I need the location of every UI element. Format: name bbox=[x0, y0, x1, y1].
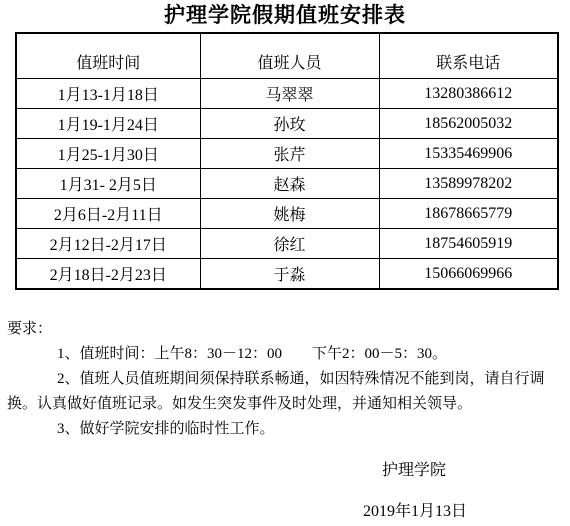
contact-phone-cell: 13589978202 bbox=[379, 169, 558, 199]
contact-phone-cell: 18678665779 bbox=[379, 199, 558, 229]
duty-time-cell: 1月13-1月18日 bbox=[16, 79, 200, 109]
requirements-list: 1、值班时间：上午8：30－12：00 下午2：00－5：30。2、值班人员值班… bbox=[7, 342, 563, 442]
duty-person-cell: 徐红 bbox=[200, 229, 379, 259]
column-header: 值班时间 bbox=[16, 33, 200, 79]
table-row: 1月19-1月24日孙玫18562005032 bbox=[16, 109, 558, 139]
duty-person-cell: 张芹 bbox=[200, 139, 379, 169]
contact-phone-cell: 13280386612 bbox=[379, 79, 558, 109]
table-row: 1月31- 2月5日赵森13589978202 bbox=[16, 169, 558, 199]
requirement-item: 2、值班人员值班期间须保持联系畅通，如因特殊情况不能到岗，请自行调换。认真做好值… bbox=[7, 367, 563, 417]
contact-phone-cell: 18562005032 bbox=[379, 109, 558, 139]
column-header: 值班人员 bbox=[200, 33, 379, 79]
duty-time-cell: 2月6日-2月11日 bbox=[16, 199, 200, 229]
duty-time-cell: 2月12日-2月17日 bbox=[16, 229, 200, 259]
duty-schedule-table: 值班时间值班人员联系电话 1月13-1月18日马翠翠132803866121月1… bbox=[15, 32, 559, 290]
contact-phone-cell: 18754605919 bbox=[379, 229, 558, 259]
requirements-section: 要求： 1、值班时间：上午8：30－12：00 下午2：00－5：30。2、值班… bbox=[7, 317, 563, 442]
contact-phone-cell: 15335469906 bbox=[379, 139, 558, 169]
page-title: 护理学院假期值班安排表 bbox=[0, 2, 570, 28]
table-row: 1月25-1月30日张芹15335469906 bbox=[16, 139, 558, 169]
column-header: 联系电话 bbox=[379, 33, 558, 79]
requirement-item: 1、值班时间：上午8：30－12：00 下午2：00－5：30。 bbox=[7, 342, 563, 367]
duty-person-cell: 孙玫 bbox=[200, 109, 379, 139]
table-row: 2月12日-2月17日徐红18754605919 bbox=[16, 229, 558, 259]
requirements-heading: 要求： bbox=[7, 317, 563, 342]
signature-organization: 护理学院 bbox=[382, 462, 570, 480]
duty-time-cell: 1月25-1月30日 bbox=[16, 139, 200, 169]
duty-table-body: 1月13-1月18日马翠翠132803866121月19-1月24日孙玫1856… bbox=[16, 79, 558, 290]
duty-person-cell: 马翠翠 bbox=[200, 79, 379, 109]
table-row: 2月18日-2月23日于淼15066069966 bbox=[16, 259, 558, 290]
signature-date: 2019年1月13日 bbox=[363, 503, 570, 521]
table-header-row: 值班时间值班人员联系电话 bbox=[16, 33, 558, 79]
duty-person-cell: 于淼 bbox=[200, 259, 379, 290]
duty-time-cell: 1月19-1月24日 bbox=[16, 109, 200, 139]
table-row: 1月13-1月18日马翠翠13280386612 bbox=[16, 79, 558, 109]
duty-time-cell: 2月18日-2月23日 bbox=[16, 259, 200, 290]
requirement-item: 3、做好学院安排的临时性工作。 bbox=[7, 417, 563, 442]
duty-person-cell: 姚梅 bbox=[200, 199, 379, 229]
document-page: 护理学院假期值班安排表 值班时间值班人员联系电话 1月13-1月18日马翠翠13… bbox=[0, 2, 570, 521]
contact-phone-cell: 15066069966 bbox=[379, 259, 558, 290]
table-row: 2月6日-2月11日姚梅18678665779 bbox=[16, 199, 558, 229]
duty-person-cell: 赵森 bbox=[200, 169, 379, 199]
duty-time-cell: 1月31- 2月5日 bbox=[16, 169, 200, 199]
